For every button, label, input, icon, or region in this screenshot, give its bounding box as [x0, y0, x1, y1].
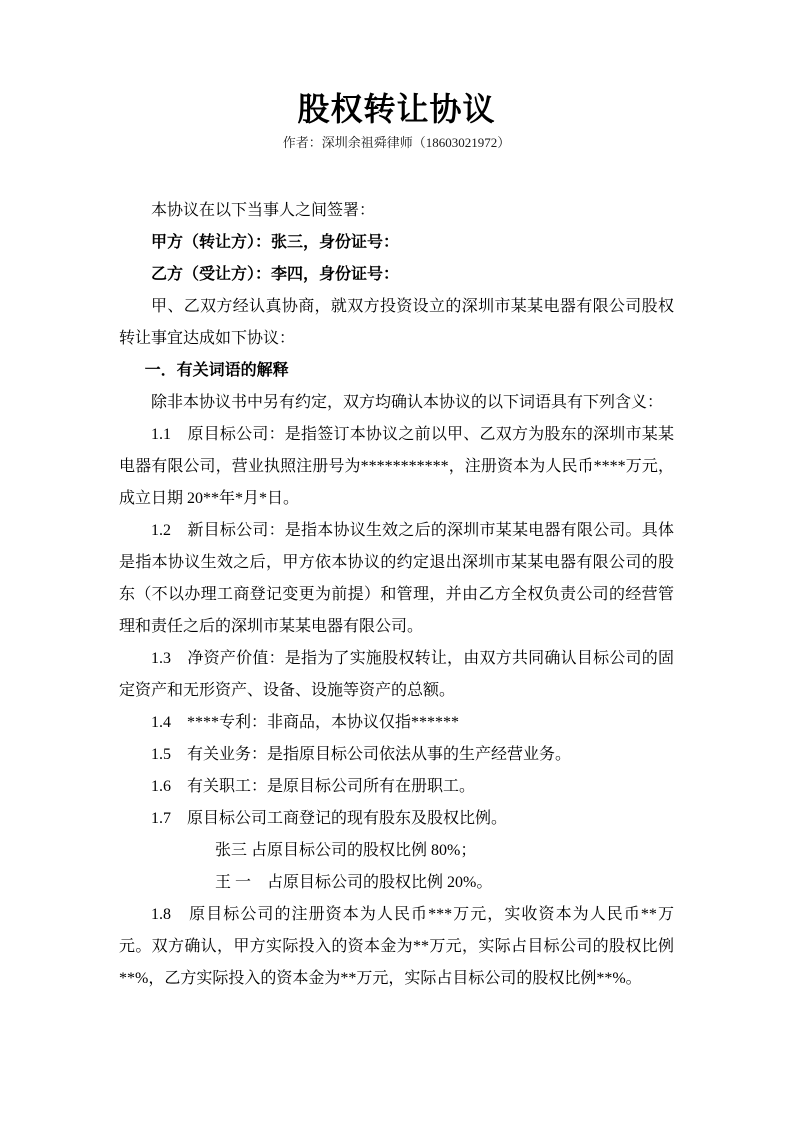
paragraph-intro: 本协议在以下当事人之间签署： — [119, 195, 674, 227]
paragraph-clause-1-5: 1.5 有关业务：是指原目标公司依法从事的生产经营业务。 — [119, 739, 674, 771]
paragraph-clause-1-7: 1.7 原目标公司工商登记的现有股东及股权比例。 — [119, 803, 674, 835]
paragraph-section-1-lead: 除非本协议书中另有约定，双方均确认本协议的以下词语具有下列含义： — [119, 387, 674, 419]
paragraph-clause-1-2: 1.2 新目标公司：是指本协议生效之后的深圳市某某电器有限公司。具体是指本协议生… — [119, 515, 674, 643]
paragraph-clause-1-8: 1.8 原目标公司的注册资本为人民币***万元，实收资本为人民币**万元。双方确… — [119, 899, 674, 995]
document-body: 本协议在以下当事人之间签署： 甲方（转让方）：张三，身份证号： 乙方（受让方）：… — [119, 195, 674, 995]
paragraph-clause-1-7-item-b: 王 一 占原目标公司的股权比例 20%。 — [119, 867, 674, 899]
paragraph-clause-1-1: 1.1 原目标公司：是指签订本协议之前以甲、乙双方为股东的深圳市某某电器有限公司… — [119, 419, 674, 515]
paragraph-clause-1-4: 1.4 ****专利：非商品，本协议仅指****** — [119, 707, 674, 739]
paragraph-clause-1-3: 1.3 净资产价值：是指为了实施股权转让，由双方共同确认目标公司的固定资产和无形… — [119, 643, 674, 707]
document-title: 股权转让协议 — [119, 86, 674, 132]
paragraph-preamble: 甲、乙双方经认真协商，就双方投资设立的深圳市某某电器有限公司股权转让事宜达成如下… — [119, 291, 674, 355]
document-page: 股权转让协议 作者：深圳余祖舜律师（18603021972） 本协议在以下当事人… — [0, 0, 793, 1122]
paragraph-party-b: 乙方（受让方）：李四，身份证号： — [119, 259, 674, 291]
document-title-text: 股权转让协议 — [297, 91, 495, 127]
paragraph-clause-1-7-item-a: 张三 占原目标公司的股权比例 80%； — [119, 835, 674, 867]
paragraph-party-a: 甲方（转让方）：张三，身份证号： — [119, 227, 674, 259]
section-1-heading: 一．有关词语的解释 — [119, 355, 674, 387]
author-line: 作者：深圳余祖舜律师（18603021972） — [119, 134, 674, 152]
paragraph-clause-1-6: 1.6 有关职工：是原目标公司所有在册职工。 — [119, 771, 674, 803]
